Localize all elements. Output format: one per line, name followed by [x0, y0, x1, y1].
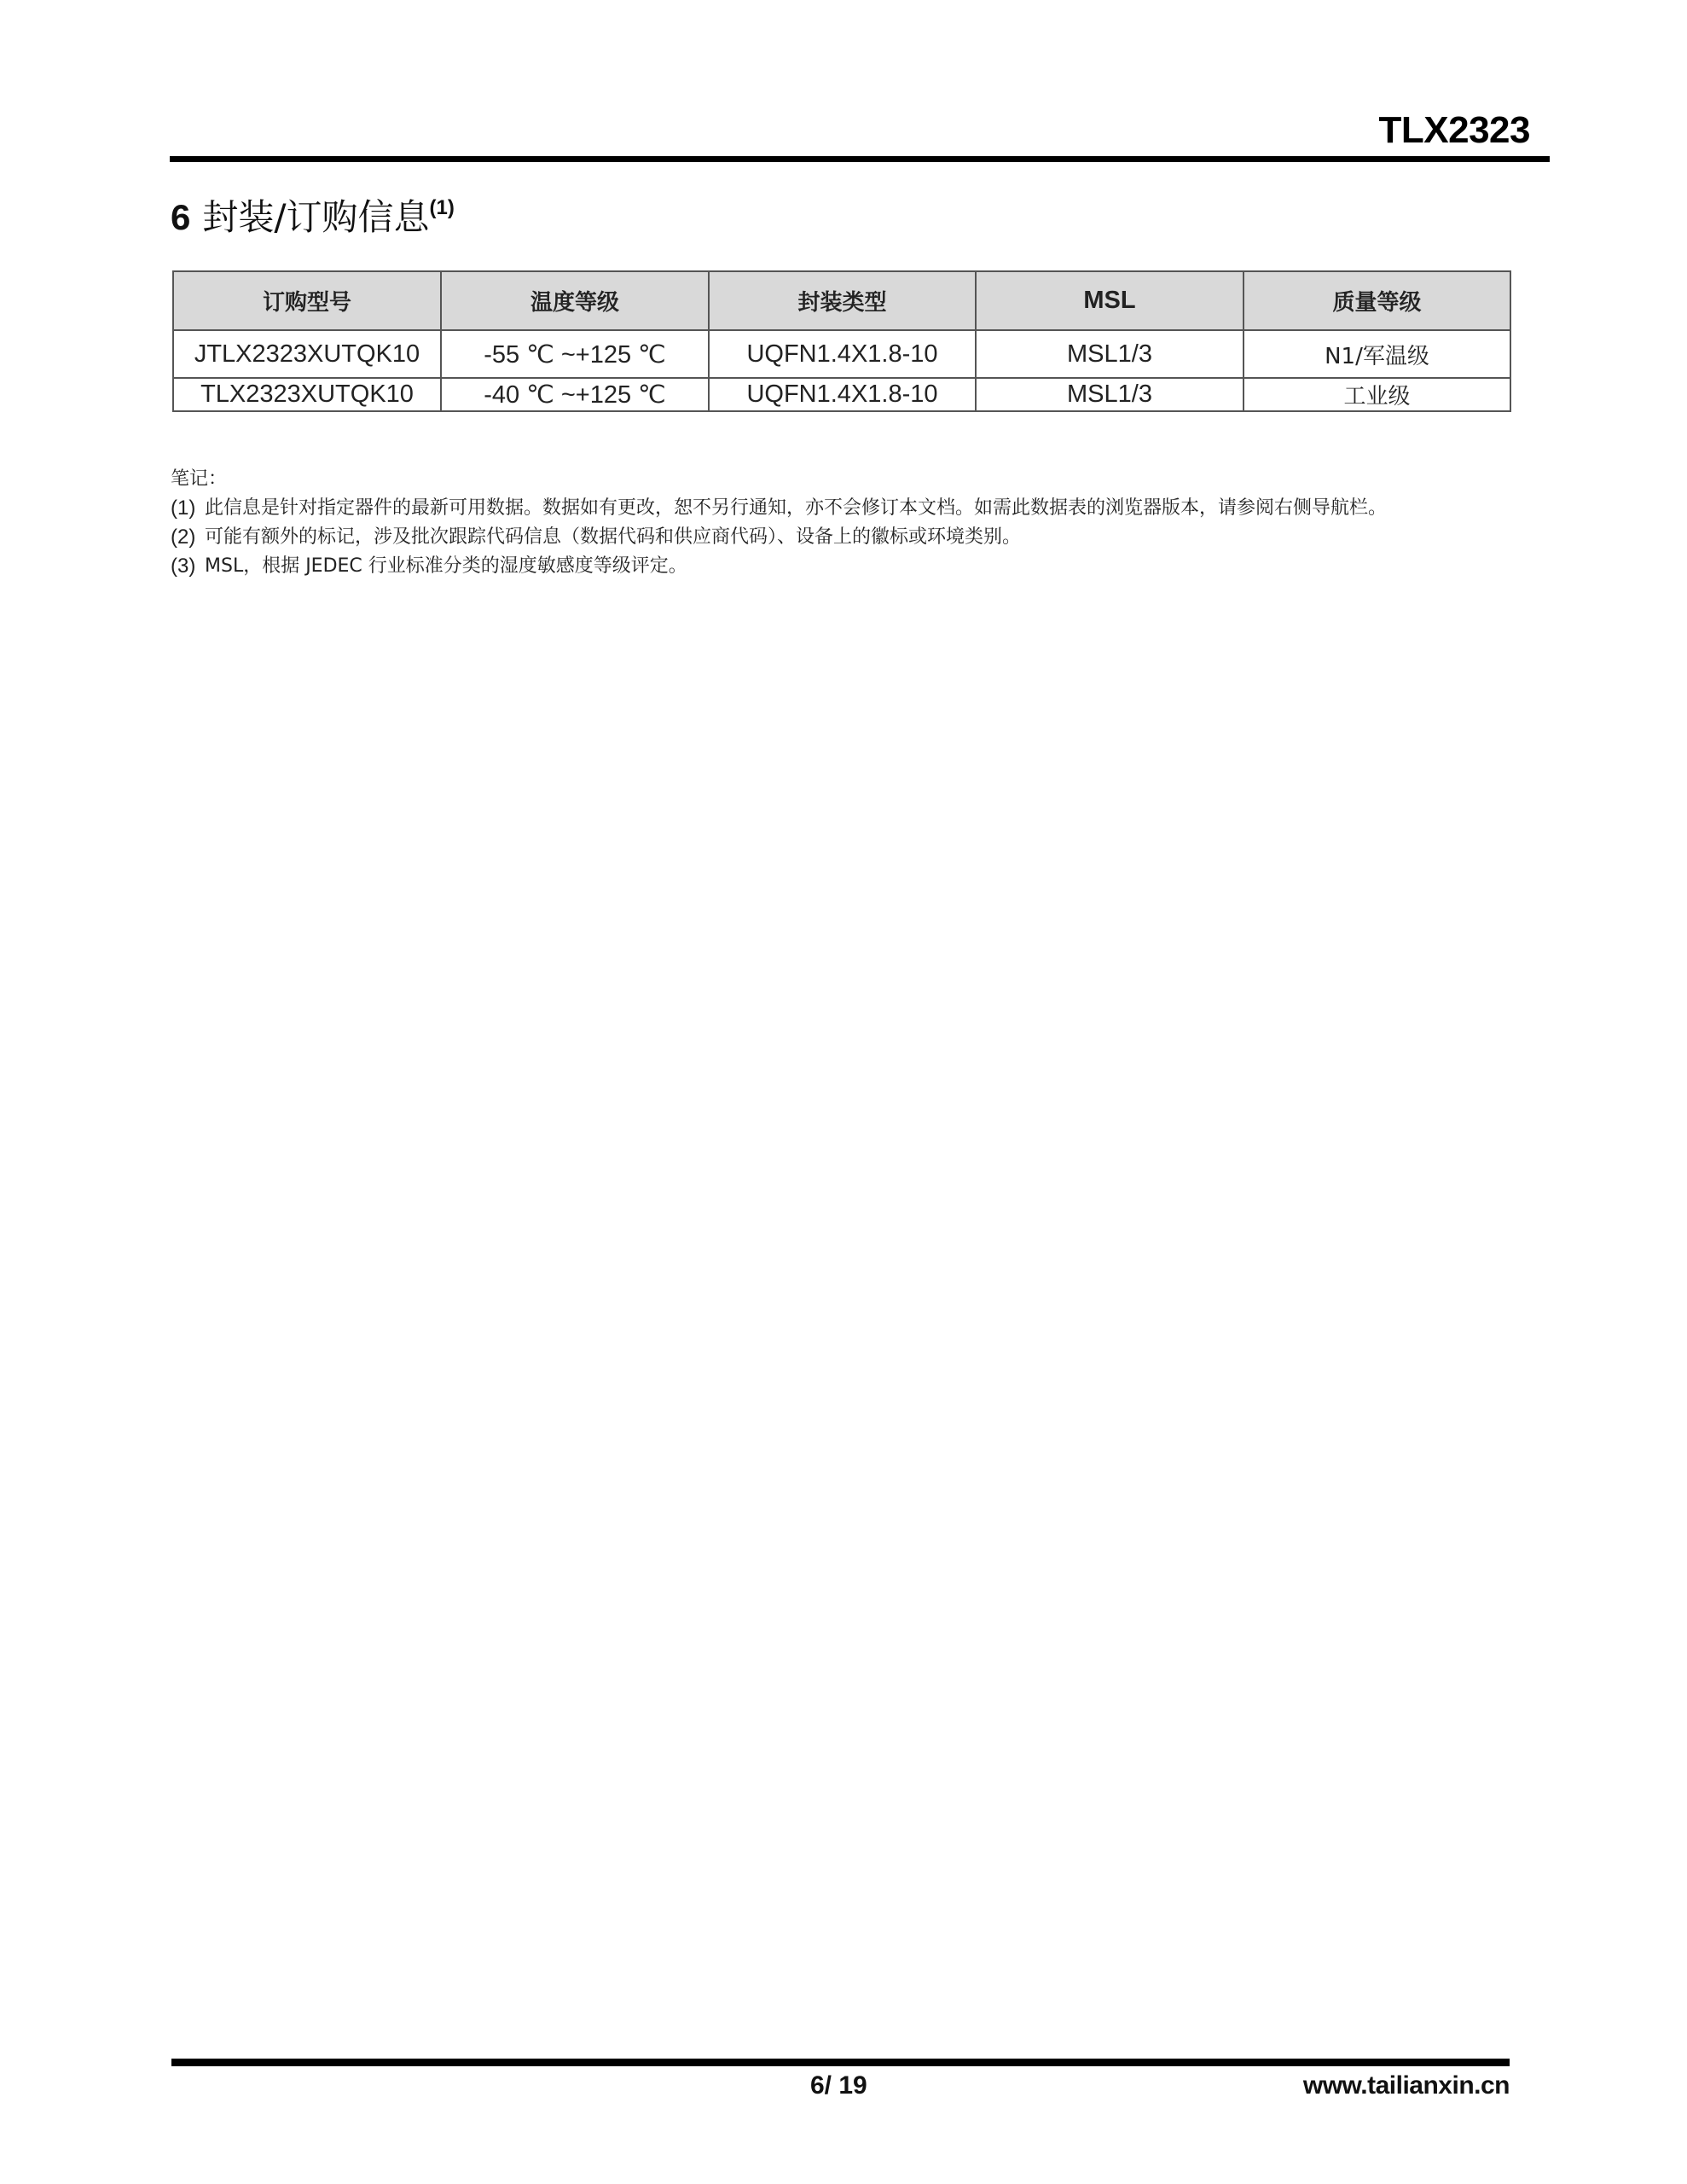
- document-title: TLX2323: [1379, 109, 1530, 152]
- table-row: JTLX2323XUTQK10 -55 ℃ ~+125 ℃ UQFN1.4X1.…: [173, 330, 1510, 378]
- note-text: 可能有额外的标记，涉及批次跟踪代码信息（数据代码和供应商代码）、设备上的徽标或环…: [205, 526, 1021, 548]
- notes-heading: 笔记：: [171, 465, 1518, 494]
- cell-quality-grade: 工业级: [1244, 378, 1510, 411]
- cell-msl: MSL1/3: [976, 330, 1244, 378]
- section-title: 6封装/订购信息(1): [171, 189, 455, 241]
- note-item: (2) 可能有额外的标记，涉及批次跟踪代码信息（数据代码和供应商代码）、设备上的…: [171, 523, 1518, 552]
- note-item: (1) 此信息是针对指定器件的最新可用数据。数据如有更改，恕不另行通知，亦不会修…: [171, 494, 1518, 523]
- table-header-row: 订购型号 温度等级 封装类型 MSL 质量等级: [173, 271, 1510, 330]
- column-header-package-type: 封装类型: [709, 271, 976, 330]
- ordering-table: 订购型号 温度等级 封装类型 MSL 质量等级 JTLX2323XUTQK10 …: [172, 270, 1511, 412]
- cell-quality-grade: N1/军温级: [1244, 330, 1510, 378]
- notes-section: 笔记： (1) 此信息是针对指定器件的最新可用数据。数据如有更改，恕不另行通知，…: [171, 465, 1518, 581]
- note-label: (3): [171, 552, 195, 581]
- note-text: 此信息是针对指定器件的最新可用数据。数据如有更改，恕不另行通知，亦不会修订本文档…: [205, 497, 1387, 519]
- note-label: (2): [171, 523, 195, 552]
- section-number: 6: [171, 197, 190, 237]
- table-row: TLX2323XUTQK10 -40 ℃ ~+125 ℃ UQFN1.4X1.8…: [173, 378, 1510, 411]
- cell-package-type: UQFN1.4X1.8-10: [709, 330, 976, 378]
- column-header-quality-grade: 质量等级: [1244, 271, 1510, 330]
- cell-msl: MSL1/3: [976, 378, 1244, 411]
- column-header-temperature-grade: 温度等级: [441, 271, 709, 330]
- cell-temperature-grade: -55 ℃ ~+125 ℃: [441, 330, 709, 378]
- cell-package-type: UQFN1.4X1.8-10: [709, 378, 976, 411]
- note-label: (1): [171, 494, 195, 523]
- column-header-msl: MSL: [976, 271, 1244, 330]
- cell-order-number: JTLX2323XUTQK10: [173, 330, 441, 378]
- page-number: 6/ 19: [810, 2071, 867, 2100]
- cell-order-number: TLX2323XUTQK10: [173, 378, 441, 411]
- note-text: MSL，根据 JEDEC 行业标准分类的湿度敏感度等级评定。: [205, 555, 687, 577]
- header-rule: [170, 156, 1550, 162]
- website-link[interactable]: www.tailianxin.cn: [1303, 2071, 1510, 2100]
- section-title-text: 封装/订购信息: [202, 196, 429, 238]
- footer-rule: [171, 2059, 1510, 2066]
- cell-temperature-grade: -40 ℃ ~+125 ℃: [441, 378, 709, 411]
- footnote-ref[interactable]: (1): [430, 196, 455, 219]
- column-header-order-number: 订购型号: [173, 271, 441, 330]
- note-item: (3) MSL，根据 JEDEC 行业标准分类的湿度敏感度等级评定。: [171, 552, 1518, 581]
